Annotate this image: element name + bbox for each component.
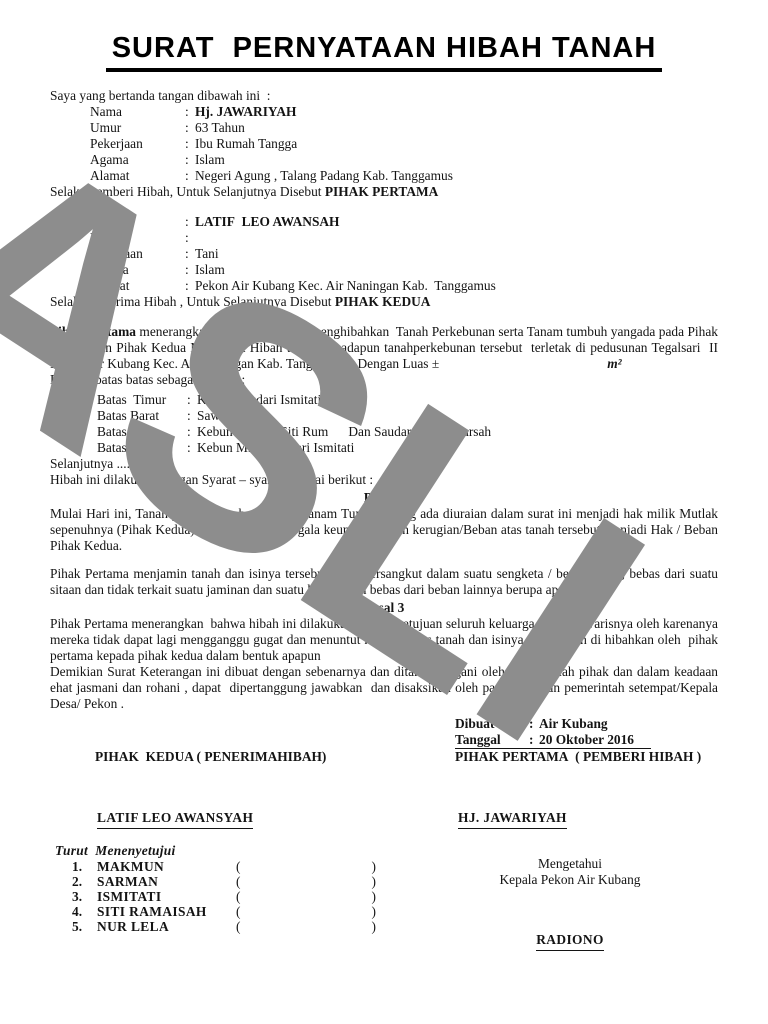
witnesses-block: Turut Menenyetujui 1.MAKMUN() 2.SARMAN()… [55, 843, 376, 935]
field-row: Umur:63 Tahun [50, 120, 718, 136]
boundary-colon: : [187, 392, 197, 408]
issue-block: Dibuat Di:Air Kubang Tanggal:20 Oktober … [455, 716, 701, 765]
issue-place-row: Dibuat Di:Air Kubang [455, 716, 701, 732]
field-label: Pekerjaan [90, 246, 185, 262]
area-unit: m² [607, 356, 621, 371]
field-label: Nama [90, 214, 185, 230]
headman-signature-name: RADIONO [450, 932, 690, 951]
field-value: Pekon Air Kubang Kec. Air Naningan Kab. … [195, 278, 496, 294]
field-label: Nama [90, 104, 185, 120]
first-party-sign-title: PIHAK PERTAMA ( PEMBERI HIBAH ) [455, 749, 701, 765]
boundary-row: Batas Utara:Kebun Saudari Siti Rum Dan S… [50, 424, 718, 440]
issue-place-colon: : [529, 716, 539, 732]
witness-paren-close: ) [371, 920, 375, 935]
closing-paragraph: Demikian Surat Keterangan ini dibuat den… [50, 664, 718, 712]
second-party-name-text: LATIF LEO AWANSYAH [97, 810, 253, 829]
field-row: Umur: [50, 230, 718, 246]
party1-closing: Selaku pemberi Hibah, Untuk Selanjutnya … [50, 184, 718, 200]
boundary-label: Batas Selatan [97, 440, 187, 456]
field-value: Ibu Rumah Tangga [195, 136, 297, 152]
pasal3-heading: Pasal 3 [50, 600, 718, 616]
boundary-value: Kebun Saudari Ismitati [197, 392, 321, 408]
witness-row: 5.NUR LELA() [55, 920, 376, 935]
headman-name-text: RADIONO [536, 932, 604, 951]
boundary-row: Batas Timur:Kebun Saudari Ismitati [50, 392, 718, 408]
boundary-value: Sawah [197, 408, 233, 424]
field-value: Negeri Agung , Talang Padang Kab. Tangga… [195, 168, 453, 184]
witness-sign-space [240, 860, 371, 875]
field-colon: : [185, 278, 195, 294]
witness-number: 1. [72, 860, 97, 875]
party1-closing-bold: PIHAK PERTAMA [325, 184, 438, 199]
field-label: Agama [90, 152, 185, 168]
issue-date-colon: : [529, 732, 539, 748]
witness-name: SITI RAMAISAH [97, 905, 236, 920]
witness-paren-close: ) [371, 875, 375, 890]
pasal1-body: Mulai Hari ini, Tanah perkebunan beserta… [50, 506, 718, 554]
first-party-name-text: HJ. JAWARIYAH [458, 810, 567, 829]
party2-block: Nama:LATIF LEO AWANSAH Umur: Pekerjaan:T… [50, 214, 718, 310]
witness-name: NUR LELA [97, 920, 236, 935]
field-colon: : [185, 136, 195, 152]
field-colon: : [185, 262, 195, 278]
second-party-signature-name: LATIF LEO AWANSYAH [97, 810, 253, 829]
witness-paren-close: ) [371, 860, 375, 875]
field-row: Pekerjaan:Tani [50, 246, 718, 262]
boundaries-block: Batas Timur:Kebun Saudari Ismitati Batas… [50, 392, 718, 488]
field-row: Nama:LATIF LEO AWANSAH [50, 214, 718, 230]
field-row: Nama:Hj. JAWARIYAH [50, 104, 718, 120]
issue-date-value: 20 Oktober 2016 [539, 732, 634, 748]
grant-paragraph: Pihak Pertama menerangkan dengan ni , Te… [50, 324, 718, 372]
field-colon: : [185, 104, 195, 120]
field-label: Alamat [90, 168, 185, 184]
witness-paren-close: ) [371, 905, 375, 920]
first-party-signature-name: HJ. JAWARIYAH [458, 810, 567, 829]
pasal1-heading: Pasal 1 [50, 490, 718, 506]
field-colon: : [185, 152, 195, 168]
witness-number: 5. [72, 920, 97, 935]
witness-sign-space [240, 905, 371, 920]
field-label: Umur [90, 230, 185, 246]
acknowledgement-line2: Kepala Pekon Air Kubang [450, 872, 690, 888]
boundaries-intro: Dengan batas batas sebagai berikut : [50, 372, 718, 388]
field-row: Pekerjaan:Ibu Rumah Tangga [50, 136, 718, 152]
witness-paren-close: ) [371, 890, 375, 905]
issue-place-label: Dibuat Di [455, 716, 529, 732]
intro-line: Saya yang bertanda tangan dibawah ini : [50, 88, 718, 104]
witnesses-heading: Turut Menenyetujui [55, 843, 376, 859]
party2-closing: Selaku Penerima Hibah , Untuk Selanjutny… [50, 294, 718, 310]
boundary-label: Batas Utara [97, 424, 187, 440]
issue-date-label: Tanggal [455, 732, 529, 748]
field-colon: : [185, 214, 195, 230]
witness-row: 1.MAKMUN() [55, 860, 376, 875]
party2-closing-bold: PIHAK KEDUA [335, 294, 431, 309]
field-colon: : [185, 120, 195, 136]
boundary-value: Kebun Saudari Siti Rum Dan Saudara Winda… [197, 424, 491, 440]
pasal3-body: Pihak Pertama menerangkan bahwa hibah in… [50, 616, 718, 664]
witness-row: 2.SARMAN() [55, 875, 376, 890]
field-row: Alamat:Pekon Air Kubang Kec. Air Naninga… [50, 278, 718, 294]
boundary-colon: : [187, 408, 197, 424]
issue-place-value: Air Kubang [539, 716, 608, 732]
document-page: ASLI SURAT PERNYATAAN HIBAH TANAH Saya y… [0, 0, 768, 1024]
field-colon: : [185, 246, 195, 262]
issue-date-row: Tanggal:20 Oktober 2016 [455, 732, 651, 749]
field-value: Hj. JAWARIYAH [195, 104, 296, 120]
party2-closing-text: Selaku Penerima Hibah , Untuk Selanjutny… [50, 294, 335, 309]
boundary-label: Batas Barat [97, 408, 187, 424]
field-label: Pekerjaan [90, 136, 185, 152]
witness-row: 4.SITI RAMAISAH() [55, 905, 376, 920]
field-value: Islam [195, 152, 225, 168]
field-value: Tani [195, 246, 219, 262]
boundary-label: Batas Timur [97, 392, 187, 408]
field-colon: : [185, 230, 195, 246]
field-label: Agama [90, 262, 185, 278]
second-party-sign-title: PIHAK KEDUA ( PENERIMAHIBAH) [95, 749, 326, 765]
party1-closing-text: Selaku pemberi Hibah, Untuk Selanjutnya … [50, 184, 325, 199]
field-row: Agama:Islam [50, 262, 718, 278]
witness-name: MAKMUN [97, 860, 236, 875]
witness-sign-space [240, 875, 371, 890]
acknowledgement-line1: Mengetahui [450, 856, 690, 872]
field-value: LATIF LEO AWANSAH [195, 214, 339, 230]
boundary-row: Batas Selatan:Kebun Milik Saudari Ismita… [50, 440, 718, 456]
guarantee-paragraph: Pihak Pertama menjamin tanah dan isinya … [50, 566, 718, 598]
field-label: Umur [90, 120, 185, 136]
witness-name: ISMITATI [97, 890, 236, 905]
witness-row: 3.ISMITATI() [55, 890, 376, 905]
field-label: Alamat [90, 278, 185, 294]
page-title: SURAT PERNYATAAN HIBAH TANAH [50, 33, 718, 72]
witness-number: 3. [72, 890, 97, 905]
page-title-text: SURAT PERNYATAAN HIBAH TANAH [106, 33, 663, 72]
grant-lead: Pihak Pertama [50, 324, 136, 339]
party1-block: Nama:Hj. JAWARIYAH Umur:63 Tahun Pekerja… [50, 104, 718, 200]
witness-number: 2. [72, 875, 97, 890]
boundary-colon: : [187, 440, 197, 456]
document-content: SURAT PERNYATAAN HIBAH TANAH Saya yang b… [50, 33, 718, 712]
field-value: Islam [195, 262, 225, 278]
witness-number: 4. [72, 905, 97, 920]
condition-line: Hibah ini dilakukan dengan Syarat – syar… [50, 472, 718, 488]
boundary-colon: : [187, 424, 197, 440]
acknowledgement-block: Mengetahui Kepala Pekon Air Kubang RADIO… [450, 856, 690, 951]
selanjutnya-line: Selanjutnya .............. [50, 456, 718, 472]
field-value: 63 Tahun [195, 120, 245, 136]
field-row: Alamat:Negeri Agung , Talang Padang Kab.… [50, 168, 718, 184]
boundary-row: Batas Barat:Sawah [50, 408, 718, 424]
witness-sign-space [240, 890, 371, 905]
boundary-value: Kebun Milik Saudari Ismitati [197, 440, 354, 456]
witness-sign-space [240, 920, 371, 935]
witness-name: SARMAN [97, 875, 236, 890]
field-row: Agama:Islam [50, 152, 718, 168]
field-colon: : [185, 168, 195, 184]
